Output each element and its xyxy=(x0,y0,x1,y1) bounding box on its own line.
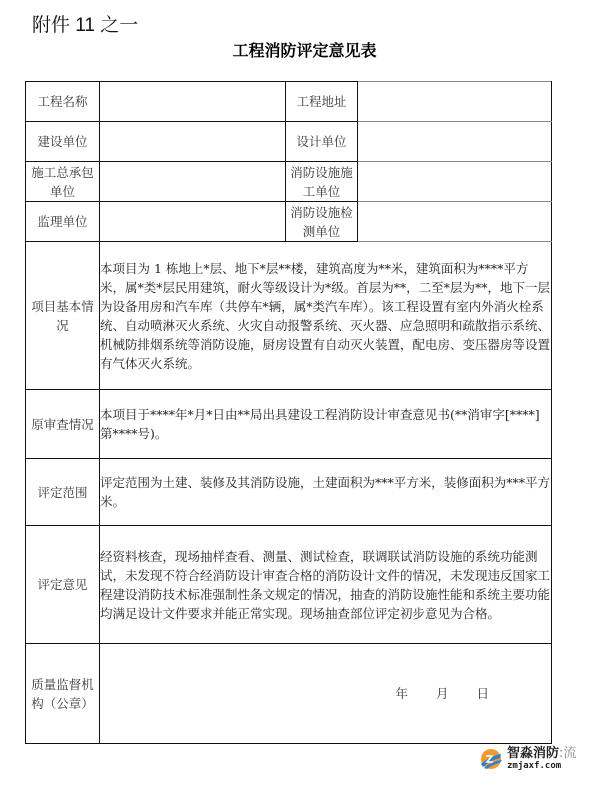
evaluation-form-table: 工程名称 工程地址 建设单位 设计单位 施工总承包单位 消防设施施工单位 监理单… xyxy=(25,81,552,744)
opinion-label: 评定意见 xyxy=(26,526,100,644)
project-name-label: 工程名称 xyxy=(26,82,100,122)
table-row: 评定范围 评定范围为土建、装修及其消防设施，土建面积为***平方米，装修面积为*… xyxy=(26,459,552,526)
original-review-text: 本项目于****年*月*日由**局出具建设工程消防设计审查意见书(**消审字[*… xyxy=(100,390,552,459)
date-line: 年 月 日 xyxy=(100,684,551,703)
fire-facility-inspection-field[interactable] xyxy=(358,202,552,242)
watermark-url: zmjaxf.com xyxy=(507,762,576,771)
project-info-label: 项目基本情况 xyxy=(26,242,100,390)
project-name-field[interactable] xyxy=(100,82,286,122)
supervision-unit-label: 监理单位 xyxy=(26,202,100,242)
date-month: 月 xyxy=(436,684,449,703)
watermark-brand: 智淼消防 xyxy=(507,746,559,761)
table-row: 质量监督机构（公章） 年 月 日 xyxy=(26,644,552,744)
construction-unit-label: 建设单位 xyxy=(26,122,100,162)
table-row: 原审查情况 本项目于****年*月*日由**局出具建设工程消防设计审查意见书(*… xyxy=(26,390,552,459)
table-row: 项目基本情况 本项目为 1 栋地上*层、地下*层**楼，建筑高度为**米，建筑面… xyxy=(26,242,552,390)
table-row: 建设单位 设计单位 xyxy=(26,122,552,162)
watermark-suffix: :流 xyxy=(559,746,576,761)
project-address-field[interactable] xyxy=(358,82,552,122)
scope-text: 评定范围为土建、装修及其消防设施，土建面积为***平方米，装修面积为***平方米… xyxy=(100,459,552,526)
date-day: 日 xyxy=(476,684,489,703)
table-row: 监理单位 消防设施检测单位 xyxy=(26,202,552,242)
project-address-label: 工程地址 xyxy=(286,82,358,122)
construction-unit-field[interactable] xyxy=(100,122,286,162)
supervision-unit-field[interactable] xyxy=(100,202,286,242)
watermark: 智淼消防:流 zmjaxf.com xyxy=(478,747,576,771)
supervision-agency-label: 质量监督机构（公章） xyxy=(26,644,100,744)
table-row: 评定意见 经资料核查，现场抽样查看、测量、测试检查，联调联试消防设施的系统功能测… xyxy=(26,526,552,644)
design-unit-label: 设计单位 xyxy=(286,122,358,162)
opinion-text: 经资料核查，现场抽样查看、测量、测试检查，联调联试消防设施的系统功能测试，未发现… xyxy=(100,526,552,644)
fire-facility-contractor-field[interactable] xyxy=(358,162,552,202)
fire-facility-inspection-label: 消防设施检测单位 xyxy=(286,202,358,242)
project-info-text: 本项目为 1 栋地上*层、地下*层**楼，建筑高度为**米，建筑面积为****平… xyxy=(100,242,552,390)
general-contractor-field[interactable] xyxy=(100,162,286,202)
supervision-signature-cell[interactable]: 年 月 日 xyxy=(100,644,552,744)
fire-facility-contractor-label: 消防设施施工单位 xyxy=(286,162,358,202)
design-unit-field[interactable] xyxy=(358,122,552,162)
table-row: 工程名称 工程地址 xyxy=(26,82,552,122)
date-year: 年 xyxy=(395,684,408,703)
table-row: 施工总承包单位 消防设施施工单位 xyxy=(26,162,552,202)
general-contractor-label: 施工总承包单位 xyxy=(26,162,100,202)
original-review-label: 原审查情况 xyxy=(26,390,100,459)
brand-logo-icon xyxy=(478,748,504,770)
attachment-number: 附件 11 之一 xyxy=(32,10,138,37)
page-title: 工程消防评定意见表 xyxy=(0,38,599,61)
scope-label: 评定范围 xyxy=(26,459,100,526)
